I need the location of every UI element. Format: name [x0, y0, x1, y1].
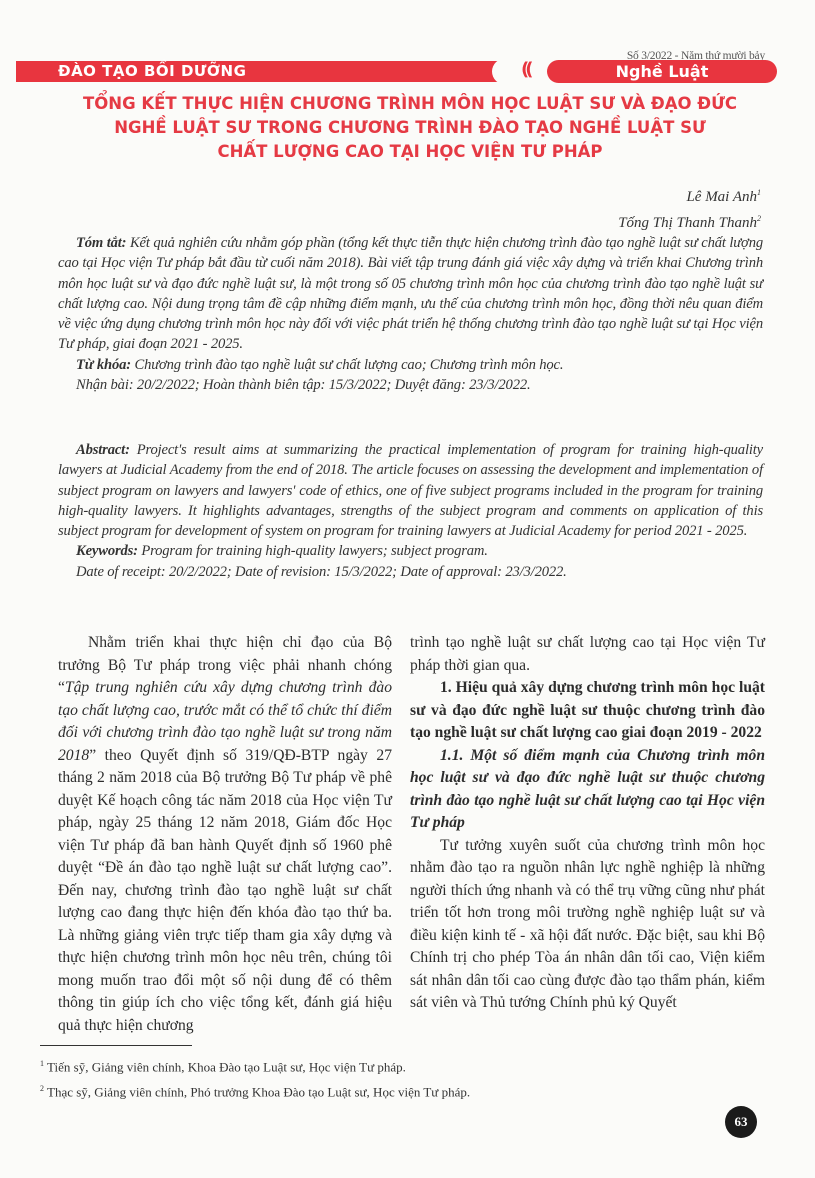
subsection-heading: 1.1. Một số điểm mạnh của Chương trình m…	[410, 745, 765, 835]
footnote: 1 Tiến sỹ, Giảng viên chính, Khoa Đào tạ…	[40, 1053, 470, 1078]
keywords-text: Chương trình đào tạo nghề luật sư chất l…	[131, 357, 563, 373]
keywords-label: Từ khóa:	[76, 357, 131, 373]
title-line: NGHỀ LUẬT SƯ TRONG CHƯƠNG TRÌNH ĐÀO TẠO …	[40, 116, 780, 140]
author: Lê Mai Anh1	[618, 182, 761, 208]
footnote-divider	[40, 1045, 192, 1046]
author-name: Lê Mai Anh	[686, 189, 757, 205]
section-heading: 1. Hiệu quả xây dựng chương trình môn họ…	[410, 677, 765, 745]
footnote-ref: 1	[757, 188, 761, 197]
footnote-text: Thạc sỹ, Giảng viên chính, Phó trưởng Kh…	[44, 1085, 470, 1100]
footnote-ref: 2	[757, 214, 761, 223]
body-paragraph: trình tạo nghề luật sư chất lượng cao tạ…	[410, 632, 765, 677]
body-text: ” theo Quyết định số 319/QĐ-BTP ngày 27 …	[58, 747, 392, 1034]
author: Tống Thị Thanh Thanh2	[618, 208, 761, 234]
abstract-text: Kết quả nghiên cứu nhằm góp phần (tổng k…	[58, 235, 763, 352]
title-line: CHẤT LƯỢNG CAO TẠI HỌC VIỆN TƯ PHÁP	[40, 140, 780, 164]
keywords-text: Program for training high-quality lawyer…	[138, 543, 488, 559]
authors: Lê Mai Anh1 Tống Thị Thanh Thanh2	[618, 182, 761, 234]
magazine-badge: Nghề Luật	[547, 60, 777, 83]
title-line: TỔNG KẾT THỰC HIỆN CHƯƠNG TRÌNH MÔN HỌC …	[40, 92, 780, 116]
dates: Nhận bài: 20/2/2022; Hoàn thành biên tập…	[58, 375, 763, 395]
page-number: 63	[725, 1106, 757, 1138]
abstract-paragraph: Tóm tắt: Kết quả nghiên cứu nhằm góp phầ…	[58, 233, 763, 355]
banner-cutout	[492, 58, 520, 85]
section-title: ĐÀO TẠO BỒI DƯỠNG	[58, 61, 246, 82]
abstract-label: Tóm tắt:	[76, 235, 126, 251]
body-paragraph: Nhằm triển khai thực hiện chỉ đạo của Bộ…	[58, 632, 392, 1037]
footnotes: 1 Tiến sỹ, Giảng viên chính, Khoa Đào tạ…	[40, 1053, 470, 1104]
abstract-english: Abstract: Project's result aims at summa…	[58, 440, 763, 582]
abstract-label: Abstract:	[76, 442, 130, 458]
chevron-icon: ((	[521, 58, 529, 82]
keywords: Từ khóa: Chương trình đào tạo nghề luật …	[58, 355, 763, 375]
abstract-paragraph: Abstract: Project's result aims at summa…	[58, 440, 763, 541]
footnote-text: Tiến sỹ, Giảng viên chính, Khoa Đào tạo …	[44, 1059, 406, 1074]
abstract-text: Project's result aims at summarizing the…	[58, 442, 763, 539]
author-name: Tống Thị Thanh Thanh	[618, 215, 757, 231]
keywords: Keywords: Program for training high-qual…	[58, 541, 763, 561]
footnote: 2 Thạc sỹ, Giảng viên chính, Phó trưởng …	[40, 1078, 470, 1103]
dates: Date of receipt: 20/2/2022; Date of revi…	[58, 562, 763, 582]
article-title: TỔNG KẾT THỰC HIỆN CHƯƠNG TRÌNH MÔN HỌC …	[40, 92, 780, 164]
keywords-label: Keywords:	[76, 543, 138, 559]
body-column-left: Nhằm triển khai thực hiện chỉ đạo của Bộ…	[58, 632, 392, 1037]
body-column-right: trình tạo nghề luật sư chất lượng cao tạ…	[410, 632, 765, 1015]
abstract-vietnamese: Tóm tắt: Kết quả nghiên cứu nhằm góp phầ…	[58, 233, 763, 395]
body-paragraph: Tư tưởng xuyên suốt của chương trình môn…	[410, 835, 765, 1015]
